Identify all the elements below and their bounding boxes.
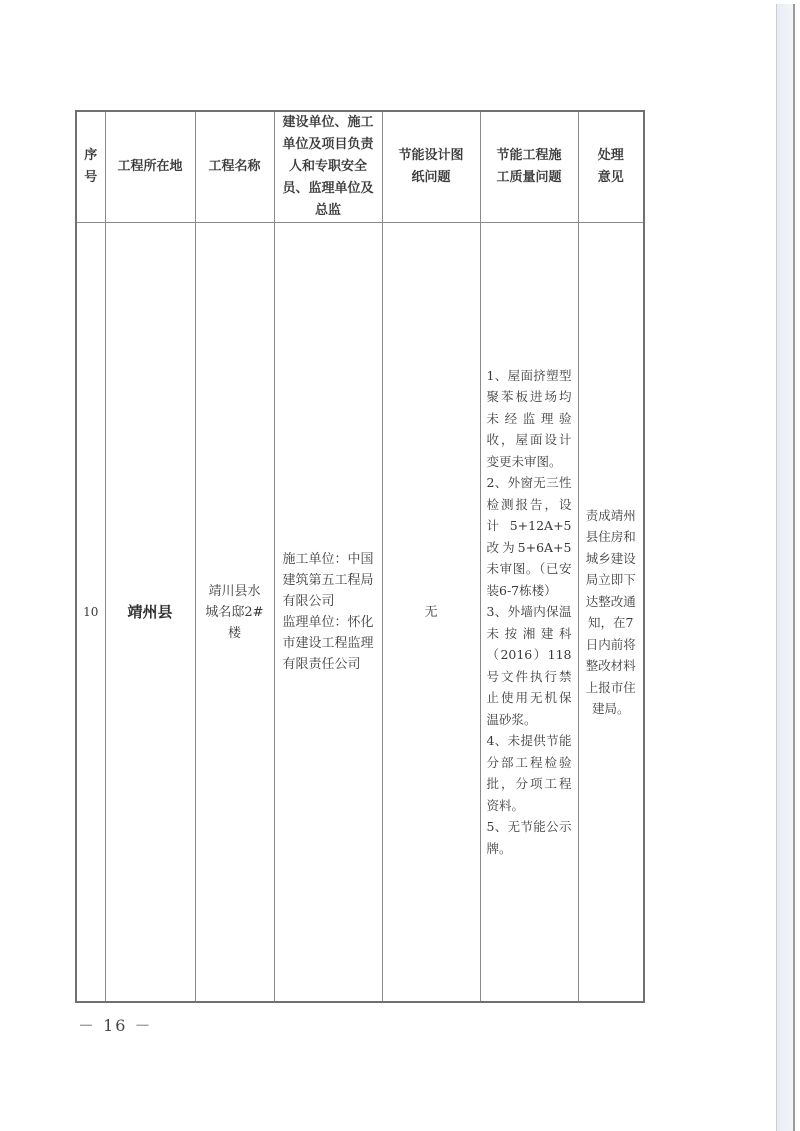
cell-design-issues: 无 [382, 223, 480, 1003]
page-number: － 16 － [78, 1013, 153, 1036]
header-location: 工程所在地 [105, 111, 195, 223]
issue-item: 3、外墙内保温未按湘建科（2016）118号文件执行禁止使用无机保温砂浆。 [487, 601, 572, 730]
header-construction-issues-label: 节能工程施工质量问题 [496, 148, 561, 185]
header-project-label: 工程名称 [208, 159, 260, 174]
header-units-label: 建设单位、施工单位及项目负责人和专职安全员、监理单位及总监 [282, 115, 373, 218]
cell-project-name: 靖川县水城名邸2#楼 [195, 223, 274, 1003]
issue-item: 1、屋面挤塑型聚苯板进场均未经监理验收，屋面设计变更未审图。 [487, 365, 572, 473]
issue-item: 2、外窗无三性检测报告，设计5+12A+5改为5+6A+5未审图。（已安装6-7… [487, 472, 572, 601]
header-project: 工程名称 [195, 111, 274, 223]
table-row: 10 靖州县 靖川县水城名邸2#楼 施工单位：中国建筑第五工程局有限公司 监理单… [76, 223, 644, 1003]
issue-item: 4、未提供节能分部工程检验批，分项工程资料。 [487, 730, 572, 816]
cell-units: 施工单位：中国建筑第五工程局有限公司 监理单位：怀化市建设工程监理有限责任公司 [274, 223, 382, 1003]
header-construction-issues: 节能工程施工质量问题 [480, 111, 578, 223]
page-edge-line [793, 4, 795, 1131]
header-seq-label: 序号 [84, 148, 97, 185]
construction-unit: 施工单位：中国建筑第五工程局有限公司 [283, 549, 374, 612]
inspection-table: 序号 工程所在地 工程名称 建设单位、施工单位及项目负责人和专职安全员、监理单位… [75, 110, 645, 1003]
supervision-unit: 监理单位：怀化市建设工程监理有限责任公司 [283, 612, 374, 675]
header-opinion: 处理意见 [578, 111, 644, 223]
header-row: 序号 工程所在地 工程名称 建设单位、施工单位及项目负责人和专职安全员、监理单位… [76, 111, 644, 223]
cell-opinion: 责成靖州县住房和城乡建设局立即下达整改通知，在7日内前将整改材料上报市住建局。 [578, 223, 644, 1003]
header-location-label: 工程所在地 [117, 159, 182, 174]
header-design-issues-label: 节能设计图纸问题 [398, 148, 463, 185]
header-opinion-label: 处理意见 [598, 148, 624, 185]
header-units: 建设单位、施工单位及项目负责人和专职安全员、监理单位及总监 [274, 111, 382, 223]
cell-seq: 10 [76, 223, 105, 1003]
header-seq: 序号 [76, 111, 105, 223]
cell-construction-issues: 1、屋面挤塑型聚苯板进场均未经监理验收，屋面设计变更未审图。 2、外窗无三性检测… [480, 223, 578, 1003]
cell-location: 靖州县 [105, 223, 195, 1003]
issue-item: 5、无节能公示牌。 [487, 816, 572, 859]
header-design-issues: 节能设计图纸问题 [382, 111, 480, 223]
